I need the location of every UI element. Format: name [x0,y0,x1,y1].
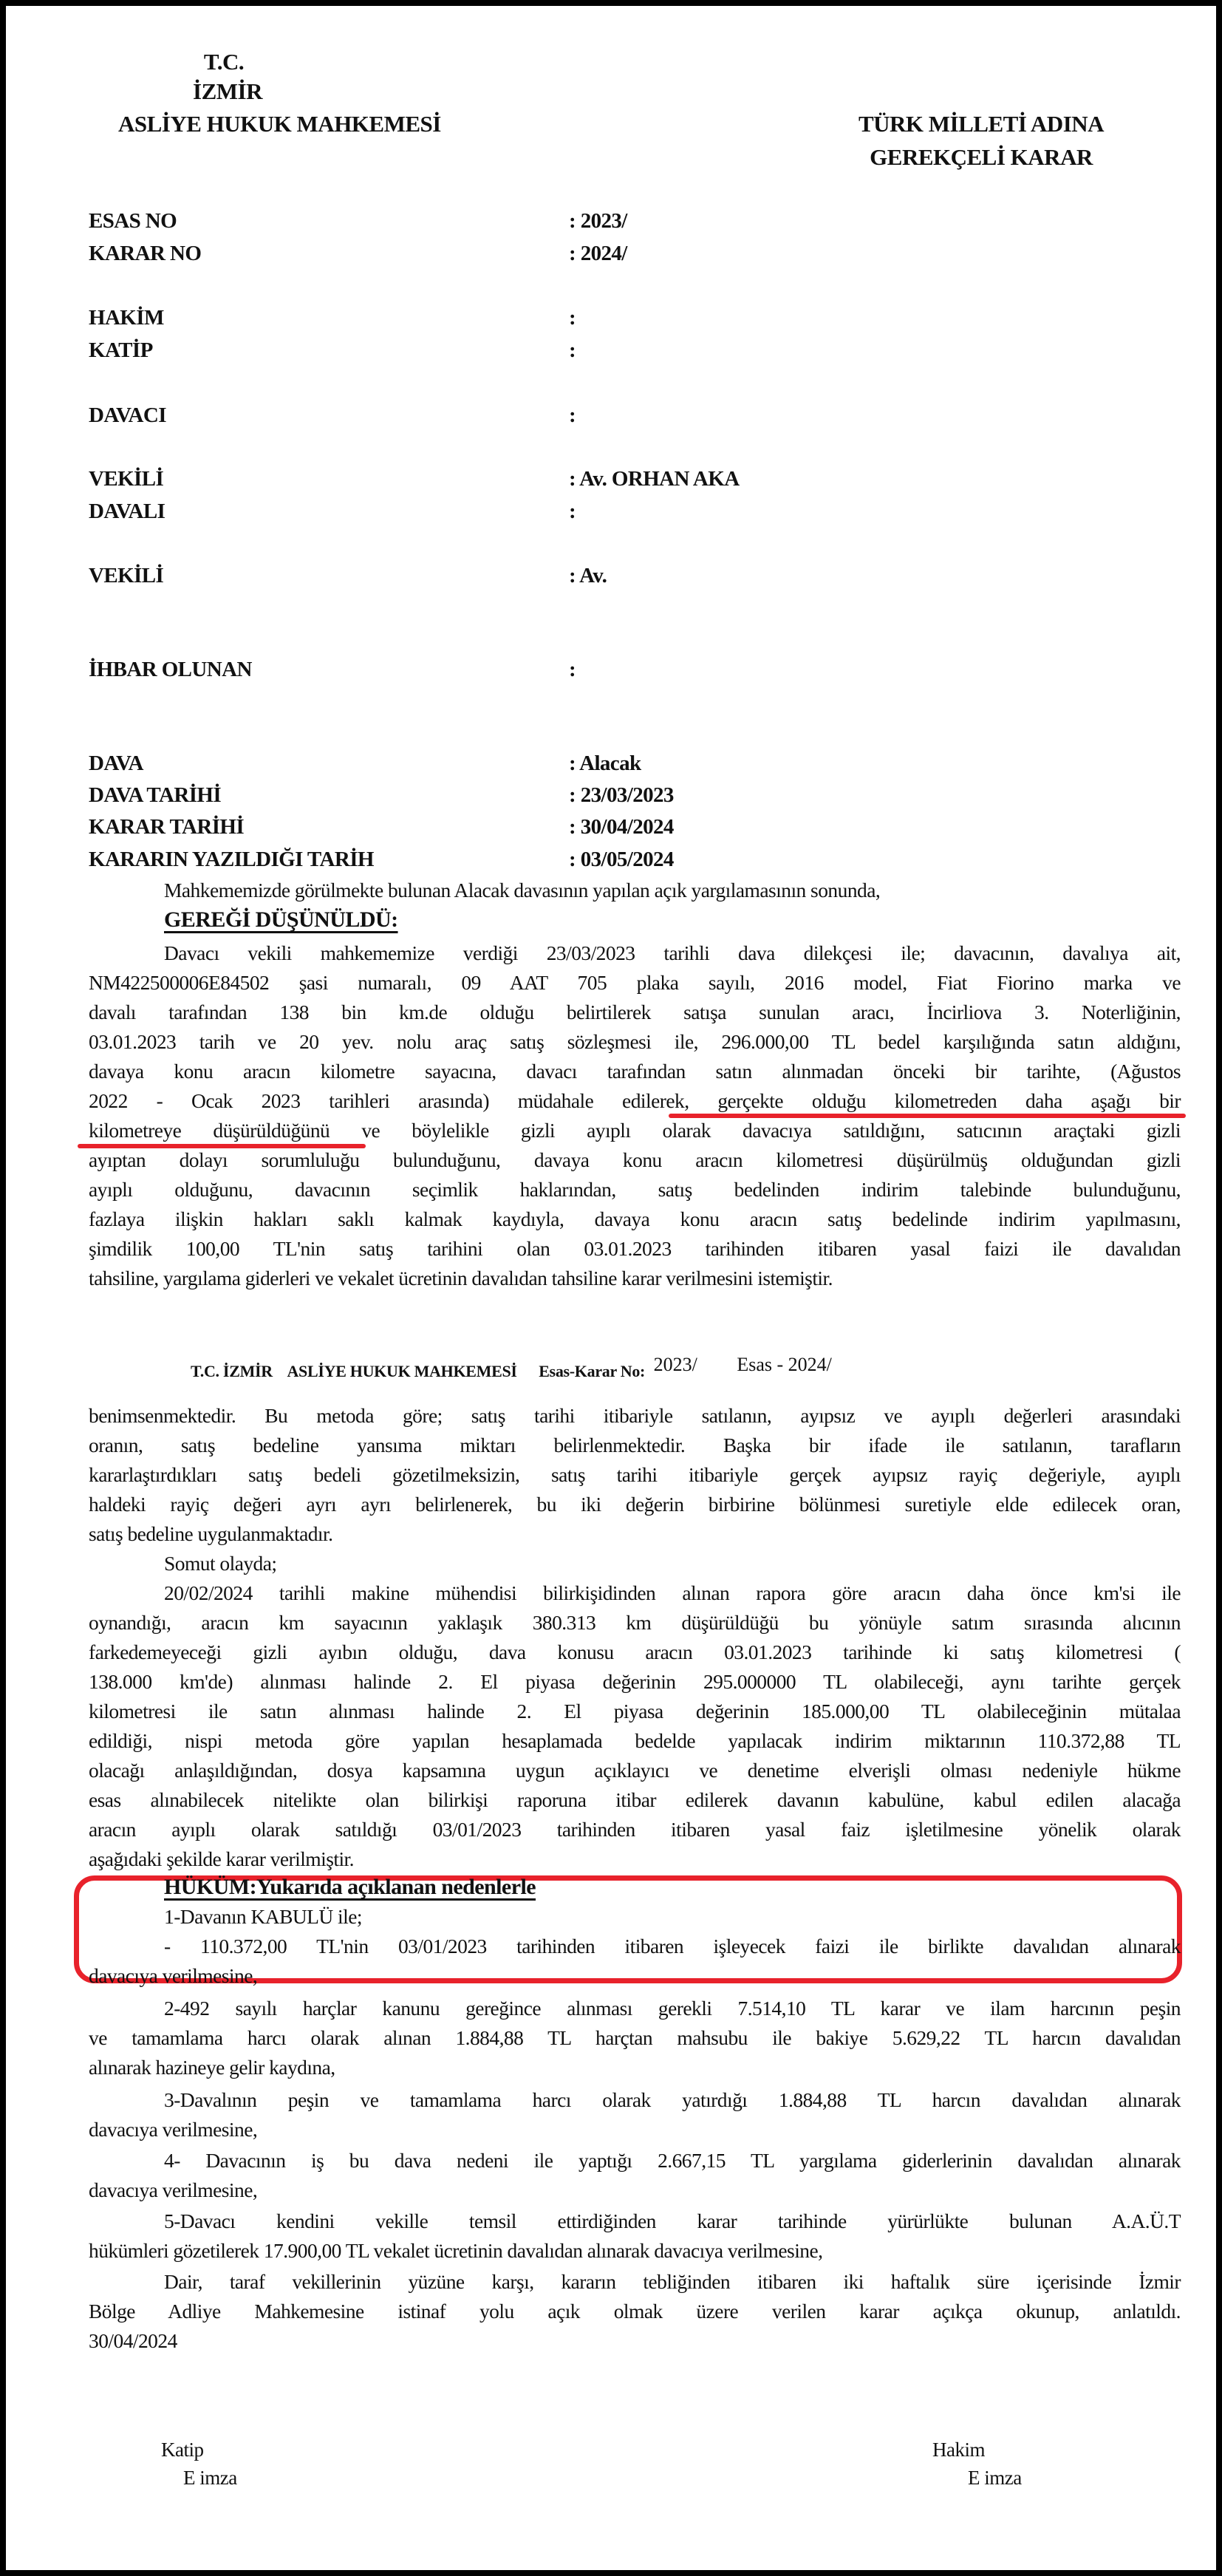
hukum-heading: HÜKÜM:Yukarıda açıklanan nedenlerle [164,1875,536,1899]
running-header-label: Esas-Karar No: [539,1362,645,1380]
text-line: satış bedeline uygulanmaktadır. [89,1519,1181,1549]
text-line: edildiği, nispi metoda göre yapılan hesa… [89,1726,1181,1756]
text-line: aşağıdaki şekilde karar verilmiştir. [89,1844,1181,1874]
text-line: ayıplı olduğunu, davacının seçimlik hakl… [89,1175,1181,1204]
text-line: davalı tarafından 138 bin km.de olduğu b… [89,998,1181,1027]
field-label-esas-no: ESAS NO [89,211,177,232]
intro-text: Mahkememizde görülmekte bulunan Alacak d… [89,876,1181,905]
running-header-esas: 2023/ [654,1354,697,1375]
running-header-karar: Esas - 2024/ [737,1354,832,1375]
field-value-davaci-vekili: : Av. ORHAN AKA [569,468,740,490]
highlight-underline-1 [669,1114,1186,1118]
signature-katip-title: Katip [161,2439,204,2461]
field-value-karar-no: : 2024/ [569,243,627,265]
text-line: haldeki rayiç değeri ayrı ayrı belirlene… [89,1490,1181,1519]
text-line: davacıya verilmesine, [89,1961,1181,1991]
text-line: tahsiline, yargılama giderleri ve vekale… [89,1264,1181,1293]
signature-katip-eimza: E imza [183,2467,237,2490]
hukum-item-1-detail: - 110.372,00 TL'nin 03/01/2023 tarihinde… [89,1932,1181,1991]
hukum-item-3: 3-Davalının peşin ve tamamlama harcı ola… [89,2085,1181,2144]
highlight-underline-2 [78,1144,366,1148]
field-label-hakim: HAKİM [89,307,164,329]
closing-date: 30/04/2024 [89,2326,1181,2356]
running-header-court: T.C. İZMİR ASLİYE HUKUK MAHKEMESİ [191,1362,517,1380]
header-nation: TÜRK MİLLETİ ADINA [819,112,1144,135]
text-line: Dair, taraf vekillerinin yüzüne karşı, k… [89,2267,1181,2297]
signature-hakim-eimza: E imza [968,2467,1022,2490]
text-line: farkedemeyeceği gizli ayıbın olduğu, dav… [89,1638,1181,1667]
text-line: aracın ayıplı olarak satıldığı 03/01/202… [89,1815,1181,1844]
document-page: T.C. İZMİR ASLİYE HUKUK MAHKEMESİ TÜRK M… [6,6,1216,2570]
hukum-block: HÜKÜM:Yukarıda açıklanan nedenlerle 1-Da… [89,1873,1181,1932]
field-value-davali-vekili: : Av. [569,565,607,587]
field-label-davali-vekili: VEKİLİ [89,565,163,587]
hukum-item-1: 1-Davanın KABULÜ ile; [89,1902,1181,1932]
text-line: 03.01.2023 tarih ve 20 yev. nolu araç sa… [89,1027,1181,1057]
field-value-davaci: : [569,405,576,426]
field-label-karar-tarihi: KARAR TARİHİ [89,817,244,838]
text-line: Bölge Adliye Mahkemesine istinaf yolu aç… [89,2297,1181,2326]
text-line: alınarak hazineye gelir kaydına, [89,2053,1181,2082]
text-line: benimsenmektedir. Bu metoda göre; satış … [89,1401,1181,1431]
header-city: İZMİR [139,80,316,103]
text-line: esas alınabilecek nitelikte olan bilirki… [89,1785,1181,1815]
field-label-katip: KATİP [89,340,153,361]
field-value-hakim: : [569,307,576,329]
text-line: ve tamamlama harcı olarak alınan 1.884,8… [89,2023,1181,2053]
header-court: ASLİYE HUKUK MAHKEMESİ [118,112,441,135]
gereği-heading: GEREĞİ DÜŞÜNÜLDÜ: [164,907,398,932]
text-line: davaya konu aracın kilometre sayacına, d… [89,1057,1181,1086]
text-line: şimdilik 100,00 TL'nin satış tarihini ol… [89,1234,1181,1264]
hukum-item-4: 4- Davacının iş bu dava nedeni ile yaptı… [89,2146,1181,2205]
hukum-item-2: 2-492 sayılı harçlar kanunu gereğince al… [89,1994,1181,2082]
field-value-dava-tarihi: : 23/03/2023 [569,785,674,806]
text-line: 4- Davacının iş bu dava nedeni ile yaptı… [89,2146,1181,2175]
field-label-davali: DAVALI [89,501,165,522]
text-line: 138.000 km'de) alınması halinde 2. El pi… [89,1667,1181,1697]
somut-text: Somut olayda; [89,1549,1181,1578]
signature-hakim-title: Hakim [932,2439,985,2461]
somut-olayda: Somut olayda; [89,1549,1181,1578]
expert-report-paragraph: 20/02/2024 tarihli makine mühendisi bili… [89,1578,1181,1874]
text-line: 2022 - Ocak 2023 tarihleri arasında) müd… [89,1086,1181,1116]
intro-block: Mahkememizde görülmekte bulunan Alacak d… [89,876,1181,935]
field-value-karar-tarihi: : 30/04/2024 [569,817,674,838]
text-line: Davacı vekili mahkememize verdiği 23/03/… [89,938,1181,968]
text-line: hükümleri gözetilerek 17.900,00 TL vekal… [89,2236,1181,2266]
hukum-item-5: 5-Davacı kendini vekille temsil ettirdiğ… [89,2207,1181,2266]
text-line: oranın, satış bedeline yansıma miktarı b… [89,1431,1181,1460]
text-line: kilometreye düşürüldüğünü ve böylelikle … [89,1116,1181,1145]
text-line: ayıptan dolayı sorumluluğu bulunduğunu, … [89,1145,1181,1175]
text-line: 5-Davacı kendini vekille temsil ettirdiğ… [89,2207,1181,2236]
field-value-ihbar-olunan: : [569,659,576,681]
text-line: 20/02/2024 tarihli makine mühendisi bili… [89,1578,1181,1608]
text-line: NM422500006E84502 şasi numaralı, 09 AAT … [89,968,1181,998]
closing-paragraph: Dair, taraf vekillerinin yüzüne karşı, k… [89,2267,1181,2356]
field-label-davaci: DAVACI [89,405,166,426]
text-line: 2-492 sayılı harçlar kanunu gereğince al… [89,1994,1181,2023]
field-value-davali: : [569,501,576,522]
text-line: oynandığı, aracın km sayacının yaklaşık … [89,1608,1181,1638]
field-value-dava: : Alacak [569,753,641,774]
header-tc: T.C. [176,50,272,73]
running-header: T.C. İZMİR ASLİYE HUKUK MAHKEMESİ Esas-K… [191,1360,832,1382]
text-line: kilometresi ile satın alınması halinde 2… [89,1697,1181,1726]
text-line: kararlaştırdıkları satış bedeli gözetilm… [89,1460,1181,1490]
field-label-dava: DAVA [89,753,143,774]
text-line: - 110.372,00 TL'nin 03/01/2023 tarihinde… [89,1932,1181,1961]
field-label-ihbar-olunan: İHBAR OLUNAN [89,659,252,681]
field-label-karar-no: KARAR NO [89,243,201,265]
text-line: davacıya verilmesine, [89,2115,1181,2144]
field-label-davaci-vekili: VEKİLİ [89,468,163,490]
method-paragraph: benimsenmektedir. Bu metoda göre; satış … [89,1401,1181,1549]
field-value-yazildigi-tarih: : 03/05/2024 [569,849,674,870]
text-line: davacıya verilmesine, [89,2175,1181,2205]
field-label-dava-tarihi: DAVA TARİHİ [89,785,221,806]
text-line: fazlaya ilişkin hakları saklı kalmak kay… [89,1204,1181,1234]
field-label-yazildigi-tarih: KARARIN YAZILDIĞI TARİH [89,849,374,870]
text-line: olacağı anlaşıldığından, dosya kapsamına… [89,1756,1181,1785]
field-value-esas-no: : 2023/ [569,211,627,232]
header-decision-type: GEREKÇELİ KARAR [819,146,1144,168]
text-line: 3-Davalının peşin ve tamamlama harcı ola… [89,2085,1181,2115]
field-value-katip: : [569,340,576,361]
